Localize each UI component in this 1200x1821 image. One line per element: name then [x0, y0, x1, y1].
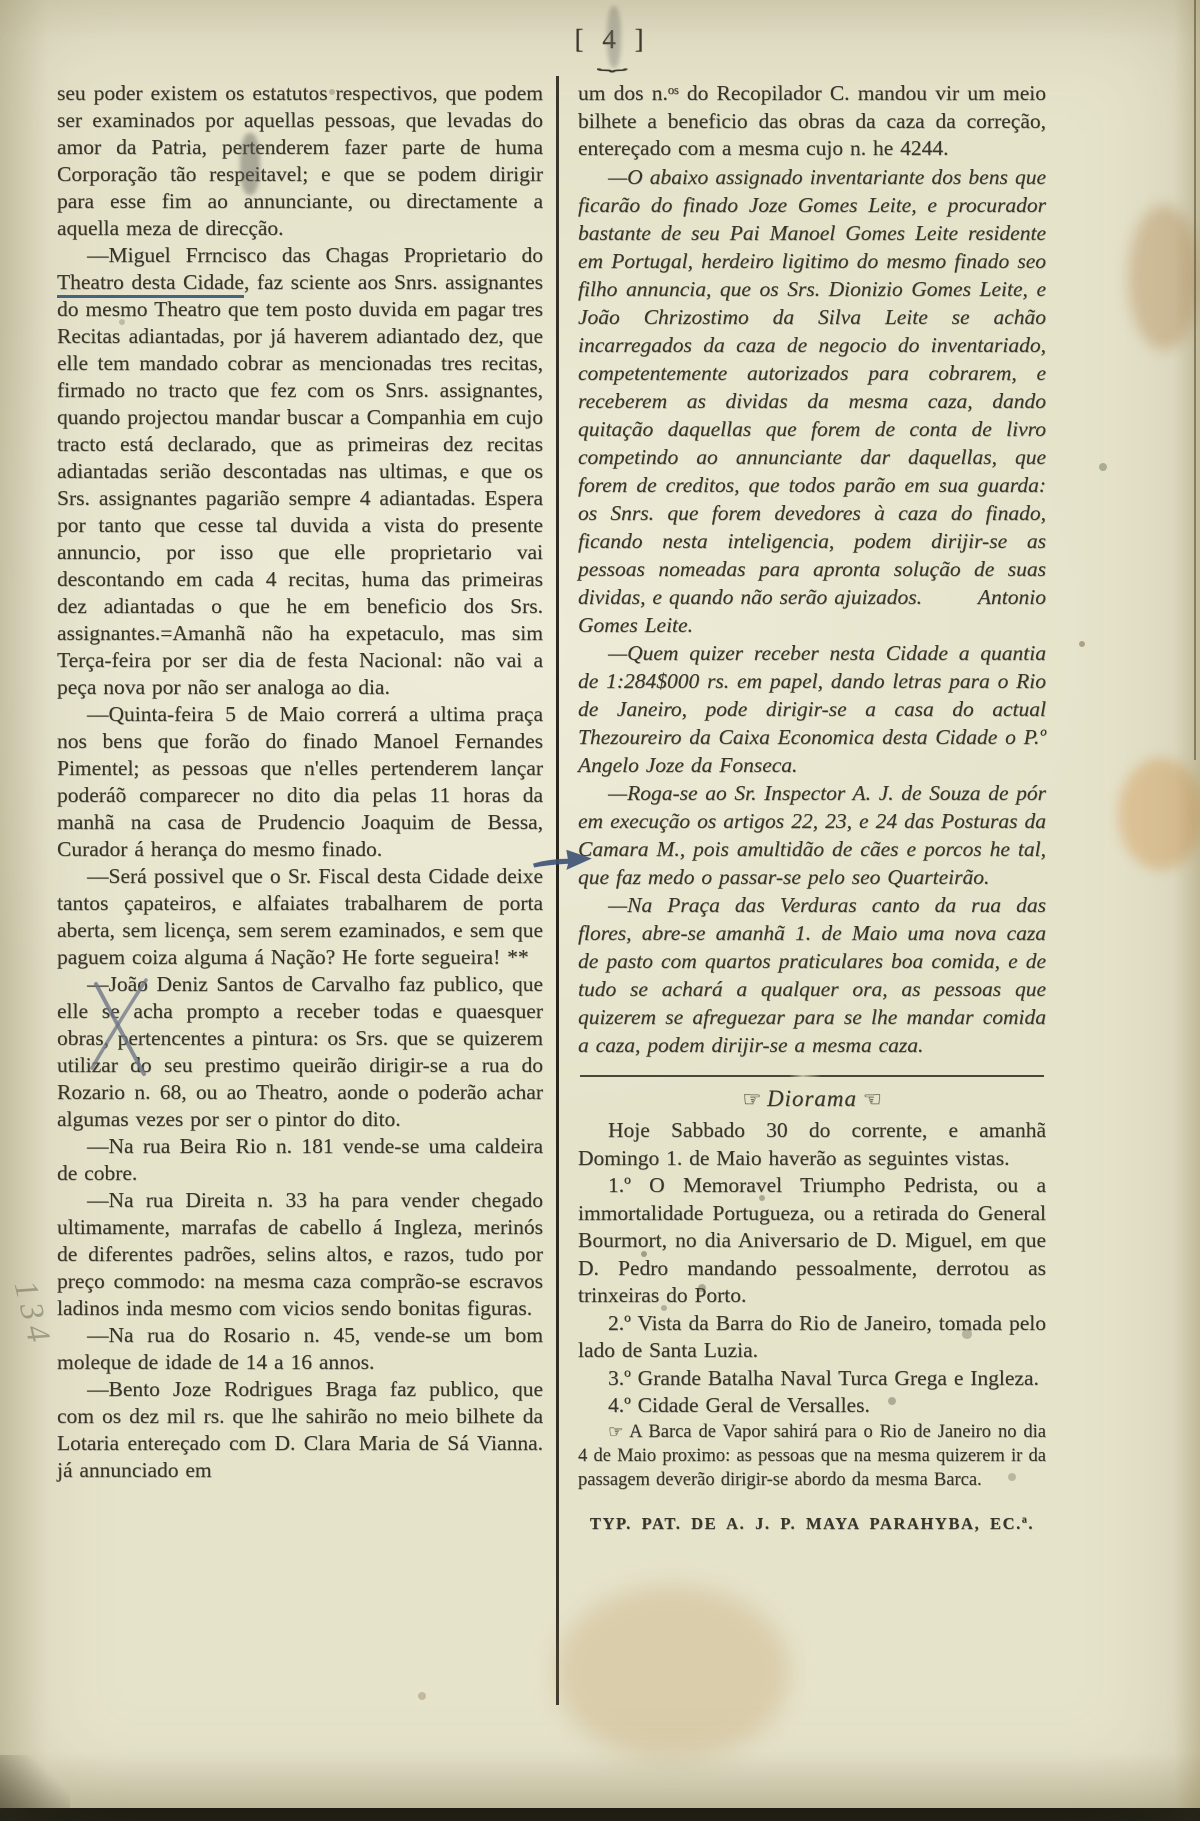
barca-notice: ☞ A Barca de Vapor sahirá para o Rio de … — [578, 1420, 1046, 1492]
paragraph-quem-quizer: —Quem quizer receber nesta Cidade a quan… — [578, 639, 1046, 779]
page-edge-line — [1194, 0, 1196, 760]
diorama-intro: Hoje Sabbado 30 do corrente, e amanhã Do… — [578, 1117, 1046, 1172]
paragraph-text: —Miguel Frrncisco das Chagas Proprietari… — [87, 243, 543, 267]
pencil-scribble: 134 — [6, 1277, 58, 1351]
paragraph-praca-verduras: —Na Praça das Verduras canto da rua das … — [578, 891, 1046, 1059]
stain — [1128, 205, 1200, 350]
barca-text: A Barca de Vapor sahirá para o Rio de Ja… — [578, 1422, 1046, 1490]
paragraph-rosario: —Na rua do Rosario n. 45, vende-se um bo… — [57, 1322, 543, 1376]
right-column: um dos n.ᵒˢ do Recopilador C. mandou vir… — [578, 80, 1046, 1537]
page-number: [ 4 ] ⏟ — [552, 24, 672, 73]
diorama-heading: ☞ Diorama ☜ — [578, 1085, 1046, 1114]
paper-specks — [0, 0, 4, 4]
paragraph-recopilador: um dos n.ᵒˢ do Recopilador C. mandou vir… — [578, 80, 1046, 163]
brace-ornament-icon: ⏟ — [456, 51, 768, 71]
manicule-right-icon: ☞ — [742, 1087, 761, 1111]
paragraph-roga-se: —Roga-se ao Sr. Inspector A. J. de Souza… — [578, 779, 1046, 891]
page-number-text: [ 4 ] — [575, 24, 650, 54]
pen-underlined-text: Theatro desta Cidade — [57, 270, 244, 298]
paragraph-praca-bens: —Quinta-feira 5 de Maio correrá a ultima… — [57, 701, 543, 863]
diorama-item-2: 2.º Vista da Barra do Rio de Janeiro, to… — [578, 1310, 1046, 1365]
paragraph-statutes: seu poder existem os estatutos respectiv… — [57, 80, 543, 242]
pen-arrow-mark-icon — [531, 843, 595, 881]
printer-imprint: TYP. PAT. DE A. J. P. MAYA PARAHYBA, EC.… — [578, 1510, 1046, 1538]
diorama-item-3: 3.º Grande Batalha Naval Turca Grega e I… — [578, 1365, 1046, 1393]
left-column: seu poder existem os estatutos respectiv… — [57, 80, 543, 1484]
paragraph-text: , faz sciente aos Snrs. assignantes do m… — [57, 270, 543, 699]
stain — [555, 1585, 790, 1760]
diorama-title: Diorama — [767, 1086, 857, 1111]
manicule-left-icon: ☜ — [863, 1087, 882, 1111]
photo-edge — [0, 1808, 1200, 1821]
paragraph-inventariante: —O abaixo assignado inventariante dos be… — [578, 163, 1046, 639]
column-divider-rule — [556, 76, 559, 1705]
paragraph-fiscal: —Será possivel que o Sr. Fiscal desta Ci… — [57, 863, 543, 971]
stain — [1118, 758, 1200, 870]
newspaper-page: [ 4 ] ⏟ seu poder existem os estatutos r… — [0, 0, 1200, 1821]
section-divider-rule — [580, 1075, 1044, 1077]
diorama-item-1: 1.º O Memoravel Triumpho Pedrista, ou a … — [578, 1172, 1046, 1310]
page-corner-shadow — [0, 1755, 70, 1810]
paragraph-caldeira: —Na rua Beira Rio n. 181 vende-se uma ca… — [57, 1133, 543, 1187]
diorama-item-4: 4.º Cidade Geral de Versalles. — [578, 1392, 1046, 1420]
paragraph-text: —O abaixo assignado inventariante dos be… — [578, 165, 1046, 609]
manicule-icon: ☞ — [608, 1422, 623, 1442]
paragraph-theatro: —Miguel Frrncisco das Chagas Proprietari… — [57, 242, 543, 701]
paragraph-bento-braga: —Bento Joze Rodrigues Braga faz publico,… — [57, 1376, 543, 1484]
pen-x-mark-icon — [86, 972, 156, 1087]
paragraph-rua-direita: —Na rua Direita n. 33 ha para vender che… — [57, 1187, 543, 1322]
